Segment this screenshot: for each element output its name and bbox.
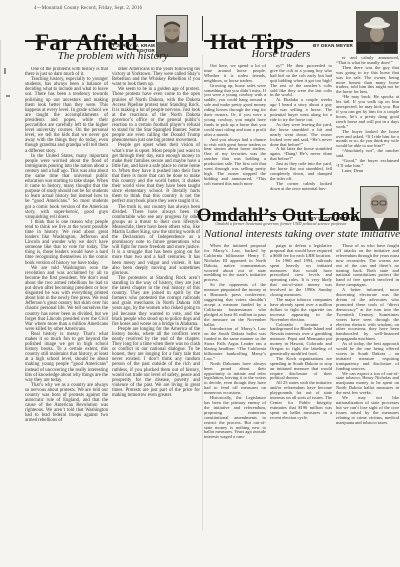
paragraph: Colorado became a battleground for Rhode…: [270, 323, 332, 357]
paragraph: That’s why we as a country are always so…: [25, 383, 108, 424]
paragraph: We are told Washington won the revolutio…: [25, 266, 108, 332]
paragraph: At Ekalaka a couple weeks ago I heard a …: [270, 98, 332, 123]
paragraph: People are longing for the America of th…: [112, 327, 200, 398]
paragraph: We may not like nationalization of state…: [336, 396, 399, 425]
hat-tips-byline: BY DEAN MEYER: [258, 43, 353, 48]
paragraph: paign to defeat a legislative proposal t…: [270, 244, 332, 259]
paragraph: So the opponents of the measure pinpoint…: [204, 283, 266, 327]
portrait-man-cowboy-hat: [357, 12, 397, 53]
paragraph: All 25 states with the initiative and/or…: [270, 381, 332, 420]
paragraph: Then there was the guy that was going to…: [336, 66, 399, 95]
paragraph: As they were leaving the yard, the horse…: [270, 123, 332, 148]
paragraph: A better informed, more discerning elect…: [336, 288, 399, 342]
dean-meyer-photo: [356, 11, 398, 54]
omdahl-column-1: When the initiated proposal for Marsy’s …: [204, 244, 266, 533]
omdahl-column-3: Those of us who have fought off attacks …: [336, 244, 399, 533]
paragraph: We seem to be in a golden age of protest…: [112, 87, 200, 143]
paragraph: Real history is messy. That’s what makes…: [25, 332, 108, 383]
paragraph: ey!” He then proceeded to give the colt …: [270, 64, 332, 98]
paragraph: Growing up, horse sales were something t…: [204, 84, 266, 138]
hat-tips-column-2: ey!” He then proceeded to give the colt …: [270, 64, 332, 190]
paragraph: We can expect a ton of out-of-state toba…: [336, 372, 399, 397]
paragraph: “He may buck. He spooks at his tail. If …: [336, 95, 399, 129]
hat-tips-rule: [204, 40, 353, 42]
paragraph: The truth is, our country has always bee…: [112, 205, 200, 276]
paragraph: I think that is one reason why people te…: [25, 220, 108, 266]
paragraph: One of the problems with history is that…: [25, 67, 108, 77]
paragraph: A bit later the horse stumbled again. “D…: [270, 147, 332, 162]
paragraph: Historically, the Legislature has been t…: [204, 396, 266, 440]
scan-artifact: [4, 68, 6, 74]
hat-tips-title: Horse traders: [204, 50, 358, 61]
paragraph: other Americans in the years following h…: [112, 67, 200, 87]
omdahl-credit-line: Omdahl a former lieutenant governor, for…: [204, 221, 358, 226]
newspaper-page: 4—Mountrail County Record, Friday, Sept.…: [0, 0, 400, 567]
paragraph: The buyer looked the horse over and aske…: [336, 130, 399, 150]
portrait-man-glasses: [361, 187, 398, 230]
scan-edge-line: [0, 40, 1, 160]
paragraph: Those of us who have fought off attacks …: [336, 244, 399, 288]
paragraph: Teaching history, especially to younger …: [25, 77, 108, 153]
far-afield-column-2: other Americans in the years following h…: [112, 67, 200, 530]
hat-tips-column-3: er and calmly announced, “That is what h…: [336, 56, 399, 190]
lloyd-omdahl-photo: [360, 186, 399, 231]
paragraph: Later, Dean: [336, 169, 399, 174]
paragraph: North Dakotans have always been proud ab…: [204, 362, 266, 396]
paragraph: People get upset when their vision of wh…: [112, 143, 200, 204]
section-divider: [202, 55, 203, 530]
far-afield-rule: [25, 40, 155, 42]
masthead-divider: [202, 16, 203, 41]
byline-name: BY DEAN MEYER: [313, 43, 353, 48]
byline-name: BY JERRY W. KRAM: [108, 43, 155, 48]
paragraph: Introduction of Marsy’s Law on the South…: [204, 327, 266, 361]
paragraph: When the initiated proposal for Marsy’s …: [204, 244, 266, 283]
paragraph: The Koch organizations are spending in S…: [270, 357, 332, 382]
paragraph: Just as they rode into the yard, the hor…: [270, 162, 332, 182]
paragraph: In 1960 and 1994, railroads spent heavil…: [270, 259, 332, 298]
hat-tips-column-1: Out here, we spend a lot of time around …: [204, 64, 266, 190]
byline-name: BY LLOYD OMDAHL: [310, 216, 357, 221]
scan-artifact: [6, 95, 10, 97]
page-folio: 4—Mountrail County Record, Friday, Sept.…: [34, 6, 142, 11]
paragraph: In the United States, many important peo…: [25, 154, 108, 220]
paragraph: Out here, we spend a lot of time around …: [204, 64, 266, 84]
paragraph: As of today, the best approach would be …: [336, 342, 399, 371]
paragraph: The owner calmly looked down at the once…: [270, 182, 332, 190]
paragraph: The protesters at Standing Rock aren’t s…: [112, 276, 200, 327]
omdahl-title: National interests taking over state ini…: [204, 229, 400, 240]
omdahl-column-2: paign to defeat a legislative proposal t…: [270, 244, 332, 533]
far-afield-column-1: One of the problems with history is that…: [25, 67, 108, 530]
paragraph: The major tobacco companies have already…: [270, 298, 332, 323]
paragraph: And you always had a chance to visit wit…: [204, 138, 266, 187]
far-afield-title: The problem with history: [25, 51, 201, 62]
